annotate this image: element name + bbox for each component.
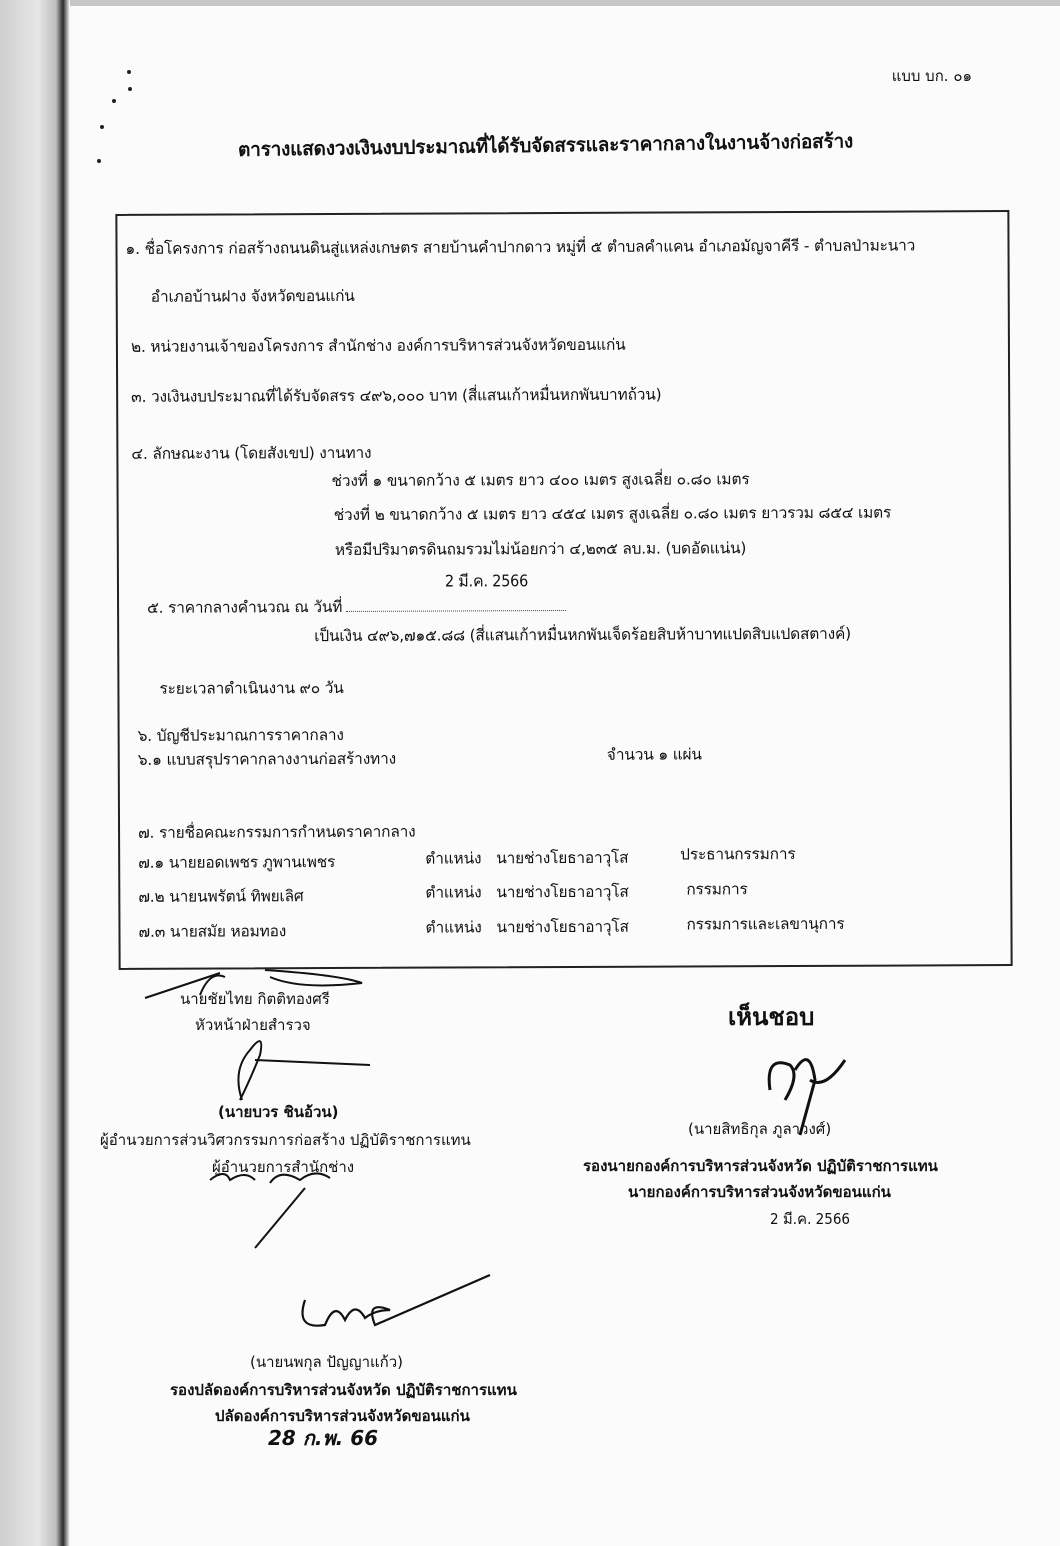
committee-member-name: ๗.๑ นายยอดเพชร ภูพานเพชร bbox=[138, 849, 335, 875]
project-name-line2: อำเภอบ้านฝาง จังหวัดขอนแก่น bbox=[151, 283, 355, 309]
signature-scribble bbox=[230, 1030, 380, 1110]
estimate-count: จำนวน ๑ แผ่น bbox=[607, 741, 702, 766]
estimate-list-line: ๖. บัญชีประมาณการราคากลาง bbox=[138, 722, 344, 748]
committee-row: ๗.๑ นายยอดเพชร ภูพานเพชร ตำแหน่ง นายช่าง… bbox=[117, 212, 1007, 216]
committee-row: ๗.๒ นายนพรัตน์ ทิพยเลิศ ตำแหน่ง นายช่างโ… bbox=[117, 212, 1007, 216]
median-price-amount: เป็นเงิน ๔๙๖,๗๑๕.๘๘ (สี่แสนเก้าหมื่นหกพั… bbox=[314, 621, 851, 648]
committee-position: นายช่างโยธาอาวุโส bbox=[496, 845, 628, 871]
committee-row: ๗.๓ นายสมัย หอมทอง ตำแหน่ง นายช่างโยธาอา… bbox=[117, 212, 1007, 216]
approval-label: เห็นชอบ bbox=[728, 997, 814, 1036]
speck-mark bbox=[128, 87, 132, 91]
speck-mark bbox=[97, 159, 101, 163]
soil-volume-line: หรือมีปริมาตรดินถมรวมไม่น้อยกว่า ๔,๒๓๕ ล… bbox=[335, 535, 747, 562]
committee-position: นายช่างโยธาอาวุโส bbox=[496, 879, 628, 905]
committee-member-name: ๗.๒ นายนพรัตน์ ทิพยเลิศ bbox=[138, 883, 303, 909]
committee-position: นายช่างโยธาอาวุโส bbox=[496, 914, 628, 940]
committee-position-label: ตำแหน่ง bbox=[425, 845, 481, 870]
committee-heading: ๗. รายชื่อคณะกรรมการกำหนดราคากลาง bbox=[138, 819, 416, 845]
page-edge-shadow bbox=[0, 0, 70, 1546]
committee-position-label: ตำแหน่ง bbox=[425, 879, 481, 904]
date-fill-line bbox=[346, 598, 566, 612]
construction-director-title-line1: ผู้อำนวยการส่วนวิศวกรรมการก่อสร้าง ปฏิบั… bbox=[100, 1128, 471, 1152]
section1-line: ช่วงที่ ๑ ขนาดกว้าง ๕ เมตร ยาว ๔๐๐ เมตร … bbox=[331, 466, 749, 493]
construction-director-name: (นายบวร ชินอ้วน) bbox=[218, 1100, 339, 1124]
approver-title-line1: รองนายกองค์การบริหารส่วนจังหวัด ปฏิบัติร… bbox=[583, 1154, 938, 1178]
signature-scribble bbox=[205, 1168, 345, 1258]
document-title: ตารางแสดงวงเงินงบประมาณที่ได้รับจัดสรรแล… bbox=[238, 126, 853, 165]
project-details-box: ๑. ชื่อโครงการ ก่อสร้างถนนดินสู่แหล่งเกษ… bbox=[115, 210, 1012, 970]
calc-date-stamp: 2 มี.ค. 2566 bbox=[445, 569, 528, 594]
deputy-secretary-date: 28 ก.พ. 66 bbox=[268, 1422, 378, 1454]
speck-mark bbox=[127, 70, 131, 74]
speck-mark bbox=[112, 99, 116, 103]
committee-role: ประธานกรรมการ bbox=[680, 841, 795, 867]
approver-name: (นายสิทธิกุล ภูลาวงศ์) bbox=[688, 1117, 831, 1141]
committee-member-name: ๗.๓ นายสมัย หอมทอง bbox=[138, 918, 286, 944]
committee-position-label: ตำแหน่ง bbox=[425, 914, 481, 939]
approver-title-line2: นายกองค์การบริหารส่วนจังหวัดขอนแก่น bbox=[628, 1180, 891, 1204]
form-code: แบบ บก. ๐๑ bbox=[892, 64, 972, 88]
signature-scribble bbox=[295, 1270, 495, 1340]
page-top-shadow bbox=[70, 0, 1060, 6]
project-name-line1: ๑. ชื่อโครงการ ก่อสร้างถนนดินสู่แหล่งเกษ… bbox=[125, 232, 915, 260]
work-type-line: ๔. ลักษณะงาน (โดยสังเขป) งานทาง bbox=[131, 440, 371, 466]
survey-head-name: นายชัยไทย กิตติทองศรี bbox=[180, 987, 330, 1011]
budget-line: ๓. วงเงินงบประมาณที่ได้รับจัดสรร ๔๙๖,๐๐๐… bbox=[131, 382, 661, 409]
median-price-label: ๕. ราคากลางคำนวณ ณ วันที่ bbox=[147, 598, 342, 617]
median-price-line: ๕. ราคากลางคำนวณ ณ วันที่ bbox=[147, 593, 566, 620]
section2-line: ช่วงที่ ๒ ขนาดกว้าง ๕ เมตร ยาว ๔๕๔ เมตร … bbox=[334, 500, 892, 527]
scanned-page: แบบ บก. ๐๑ ตารางแสดงวงเงินงบประมาณที่ได้… bbox=[0, 0, 1060, 1546]
deputy-secretary-title-line1: รองปลัดองค์การบริหารส่วนจังหวัด ปฏิบัติร… bbox=[170, 1378, 517, 1402]
deputy-secretary-name: (นายนพกุล ปัญญาแก้ว) bbox=[250, 1350, 403, 1374]
estimate-summary-line: ๖.๑ แบบสรุปราคากลางงานก่อสร้างทาง bbox=[138, 746, 396, 772]
approver-date: 2 มี.ค. 2566 bbox=[770, 1207, 850, 1231]
agency-line: ๒. หน่วยงานเจ้าของโครงการ สำนักช่าง องค์… bbox=[131, 332, 626, 359]
duration-line: ระยะเวลาดำเนินงาน ๙๐ วัน bbox=[159, 675, 343, 701]
committee-role: กรรมการและเลขานุการ bbox=[686, 911, 844, 937]
speck-mark bbox=[100, 125, 104, 129]
committee-role: กรรมการ bbox=[686, 876, 747, 901]
